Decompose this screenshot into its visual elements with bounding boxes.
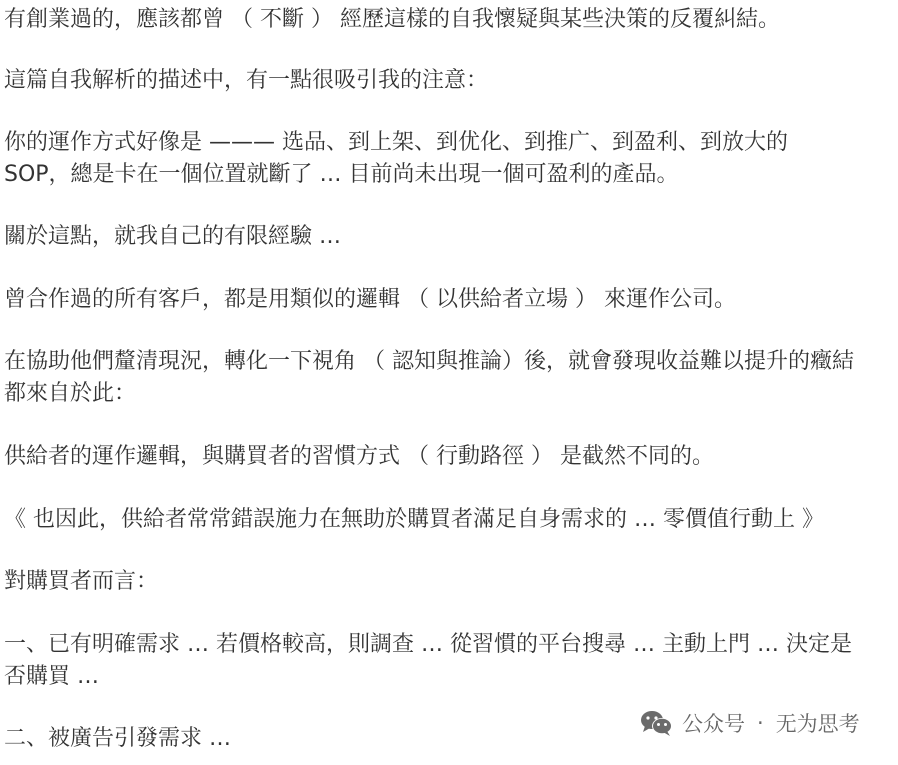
paragraph-line: 在協助他們釐清現況，轉化一下視角 （ 認知與推論）後，就會發現收益難以提升的癥結: [4, 347, 854, 377]
list-item-line: 否購買 …: [4, 662, 99, 692]
wechat-icon: [640, 709, 674, 737]
section-heading: 對購買者而言：: [4, 567, 158, 597]
paragraph-line: 都來自於此：: [4, 379, 136, 409]
watermark: 公众号 · 无为思考: [640, 708, 860, 738]
paragraph-line: 供給者的運作邏輯，與購買者的習慣方式 （ 行動路徑 ） 是截然不同的。: [4, 442, 714, 472]
paragraph-line: 你的運作方式好像是 ——— 选品、到上架、到优化、到推广、到盈利、到放大的: [4, 128, 788, 158]
paragraph-line: 這篇自我解析的描述中，有一點很吸引我的注意：: [4, 66, 488, 96]
paragraph-line: 關於這點，就我自己的有限經驗 …: [4, 222, 341, 252]
list-item-line: 一、已有明確需求 … 若價格較高，則調查 … 從習慣的平台搜尋 … 主動上門 ……: [4, 630, 852, 660]
paragraph-line: SOP，總是卡在一個位置就斷了 … 目前尚未出現一個可盈利的產品。: [4, 160, 679, 190]
watermark-label: 公众号: [682, 708, 745, 738]
paragraph-line: 曾合作過的所有客戶，都是用類似的邏輯 （ 以供給者立場 ） 來運作公司。: [4, 285, 736, 315]
list-item-line: 二、被廣告引發需求 …: [4, 724, 231, 754]
watermark-account: 无为思考: [776, 708, 860, 738]
paragraph-line: 有創業過的，應該都曾 （ 不斷 ） 經歷這樣的自我懷疑與某些決策的反覆糾結。: [4, 5, 780, 35]
quote-line: 《 也因此，供給者常常錯誤施力在無助於購買者滿足自身需求的 … 零價值行動上 》: [4, 505, 824, 535]
watermark-separator: ·: [757, 711, 764, 735]
